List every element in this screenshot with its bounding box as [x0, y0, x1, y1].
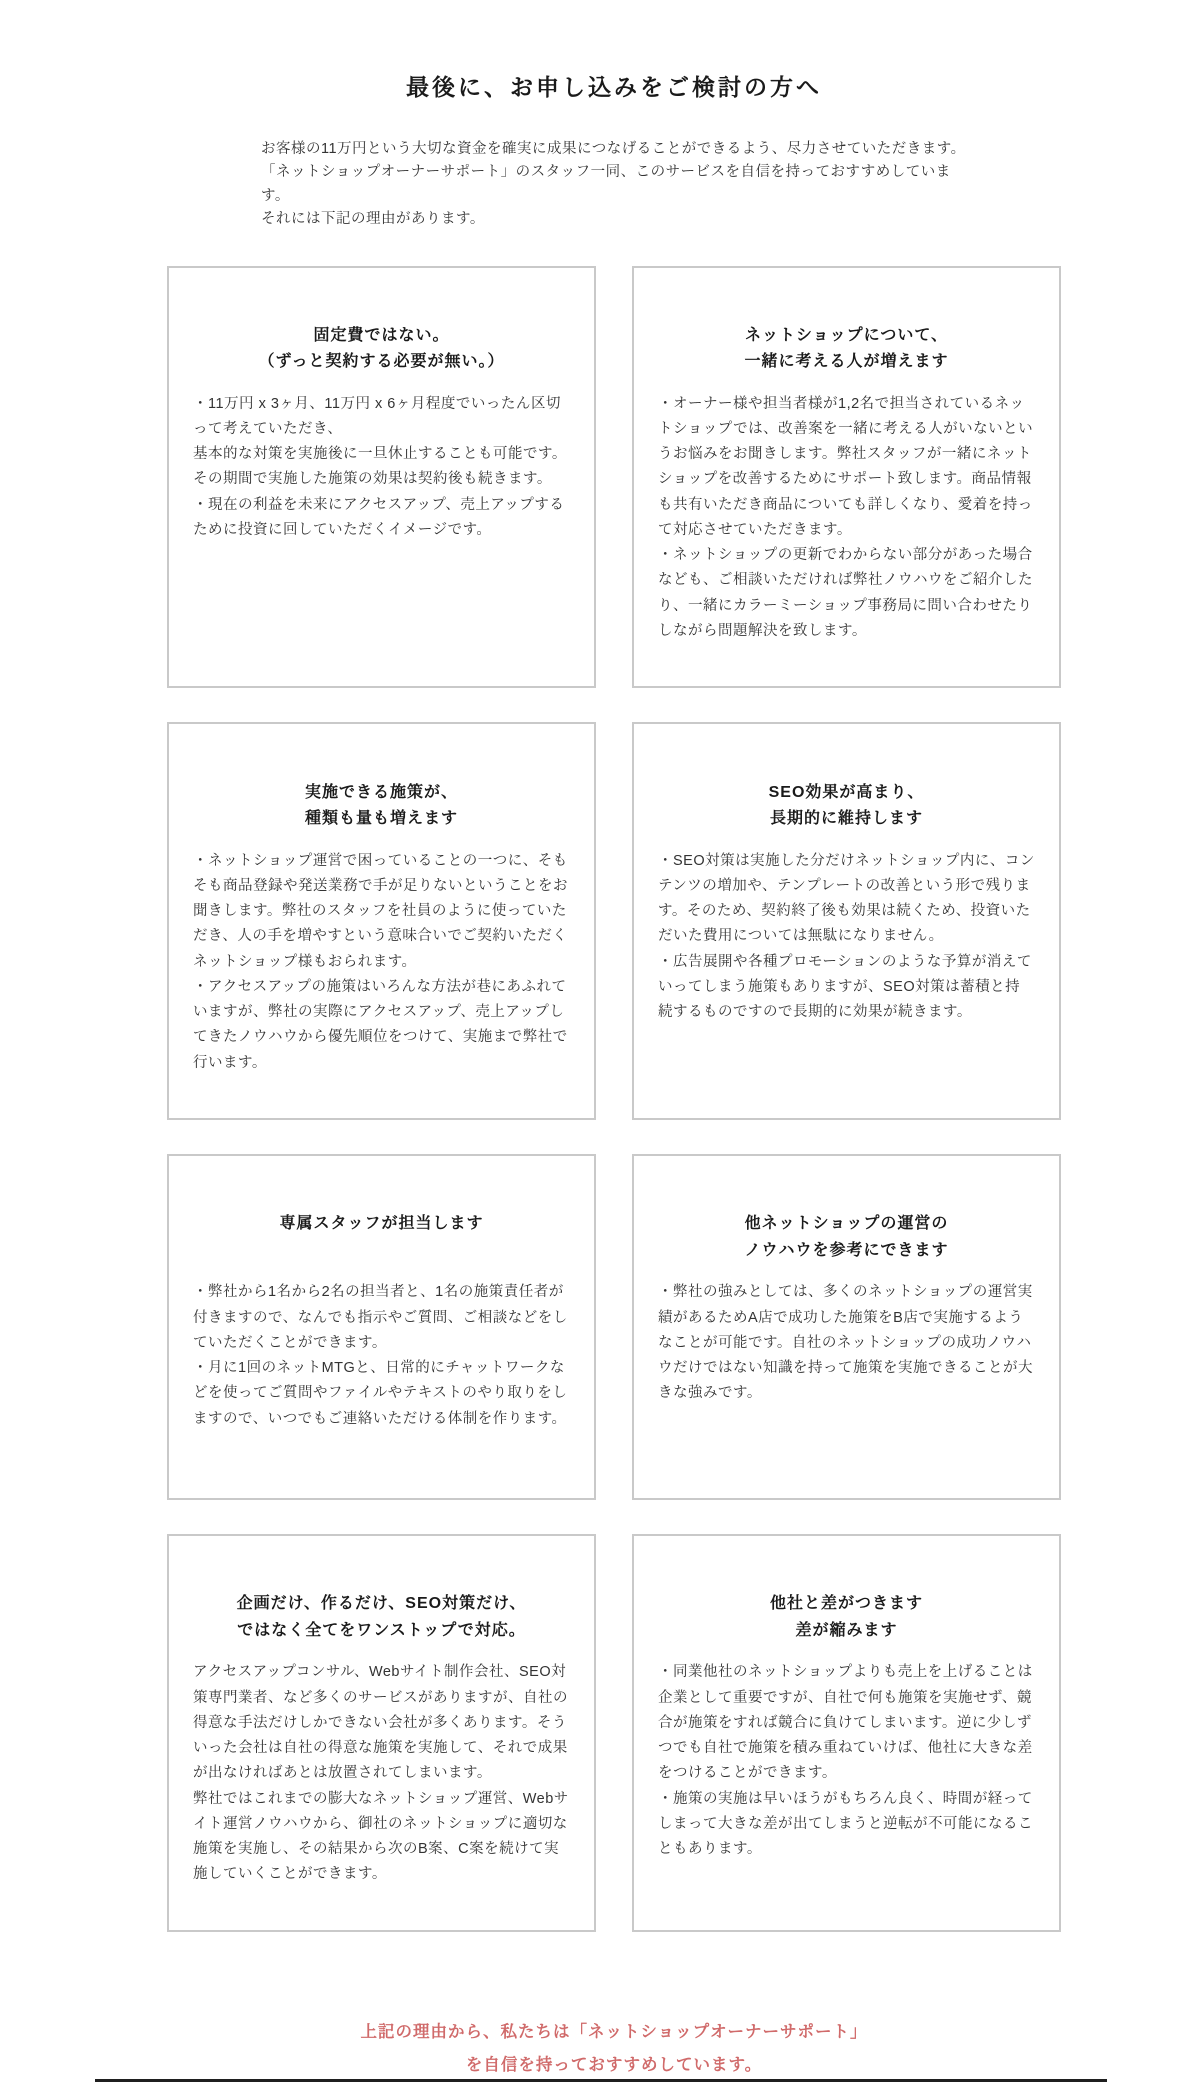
card-heading: 専属スタッフが担当します — [193, 1211, 570, 1264]
footer-message: 上記の理由から、私たちは「ネットショップオーナーサポート」 を自信を持っておすす… — [167, 2016, 1061, 2082]
card-heading: 企画だけ、作るだけ、SEO対策だけ、 ではなく全てをワンストップで対応。 — [193, 1591, 570, 1644]
card-heading: ネットショップについて、 一緒に考える人が増えます — [658, 323, 1035, 376]
reason-card-other-shop-knowhow: 他ネットショップの運営の ノウハウを参考にできます ・弊社の強みとしては、多くの… — [632, 1154, 1061, 1500]
card-body: ・同業他社のネットショップよりも売上を上げることは企業として重要ですが、自社で何… — [658, 1660, 1035, 1862]
reason-card-dedicated-staff: 専属スタッフが担当します ・弊社から1名から2名の担当者と、1名の施策責任者が付… — [167, 1154, 596, 1500]
reason-card-fixed-cost: 固定費ではない。 （ずっと契約する必要が無い。） ・11万円 x 3ヶ月、11万… — [167, 266, 596, 689]
main-content: 最後に、お申し込みをご検討の方へ お客様の11万円という大切な資金を確実に成果に… — [167, 15, 1061, 2082]
intro-text: お客様の11万円という大切な資金を確実に成果につなげることができるよう、尽力させ… — [261, 138, 967, 232]
card-body: ・ネットショップ運営で困っていることの一つに、そもそも商品登録や発送業務で手が足… — [193, 849, 570, 1076]
card-body: ・弊社から1名から2名の担当者と、1名の施策責任者が付きますので、なんでも指示や… — [193, 1280, 570, 1431]
bottom-divider — [95, 2079, 1107, 2082]
card-body: ・11万円 x 3ヶ月、11万円 x 6ヶ月程度でいったん区切って考えていただき… — [193, 392, 570, 543]
card-heading: 固定費ではない。 （ずっと契約する必要が無い。） — [193, 323, 570, 376]
card-body: ・弊社の強みとしては、多くのネットショップの運営実績があるためA店で成功した施策… — [658, 1280, 1035, 1406]
reason-card-competitive-gap: 他社と差がつきます 差が縮みます ・同業他社のネットショップよりも売上を上げるこ… — [632, 1534, 1061, 1932]
reason-card-thinking-partner: ネットショップについて、 一緒に考える人が増えます ・オーナー様や担当者様が1,… — [632, 266, 1061, 689]
reason-grid: 固定費ではない。 （ずっと契約する必要が無い。） ・11万円 x 3ヶ月、11万… — [167, 266, 1061, 1932]
card-heading: 他社と差がつきます 差が縮みます — [658, 1591, 1035, 1644]
card-body: アクセスアップコンサル、Webサイト制作会社、SEO対策専門業者、など多くのサー… — [193, 1660, 570, 1887]
card-heading: 他ネットショップの運営の ノウハウを参考にできます — [658, 1211, 1035, 1264]
reason-card-more-measures: 実施できる施策が、 種類も量も増えます ・ネットショップ運営で困っていることの一… — [167, 722, 596, 1120]
card-body: ・オーナー様や担当者様が1,2名で担当されているネットショップでは、改善案を一緒… — [658, 392, 1035, 644]
card-body: ・SEO対策は実施した分だけネットショップ内に、コンテンツの増加や、テンプレート… — [658, 849, 1035, 1026]
reason-card-seo-effect: SEO効果が高まり、 長期的に維持します ・SEO対策は実施した分だけネットショ… — [632, 722, 1061, 1120]
page-title: 最後に、お申し込みをご検討の方へ — [167, 15, 1061, 103]
reason-card-one-stop: 企画だけ、作るだけ、SEO対策だけ、 ではなく全てをワンストップで対応。 アクセ… — [167, 1534, 596, 1932]
card-heading: 実施できる施策が、 種類も量も増えます — [193, 780, 570, 833]
card-heading: SEO効果が高まり、 長期的に維持します — [658, 780, 1035, 833]
